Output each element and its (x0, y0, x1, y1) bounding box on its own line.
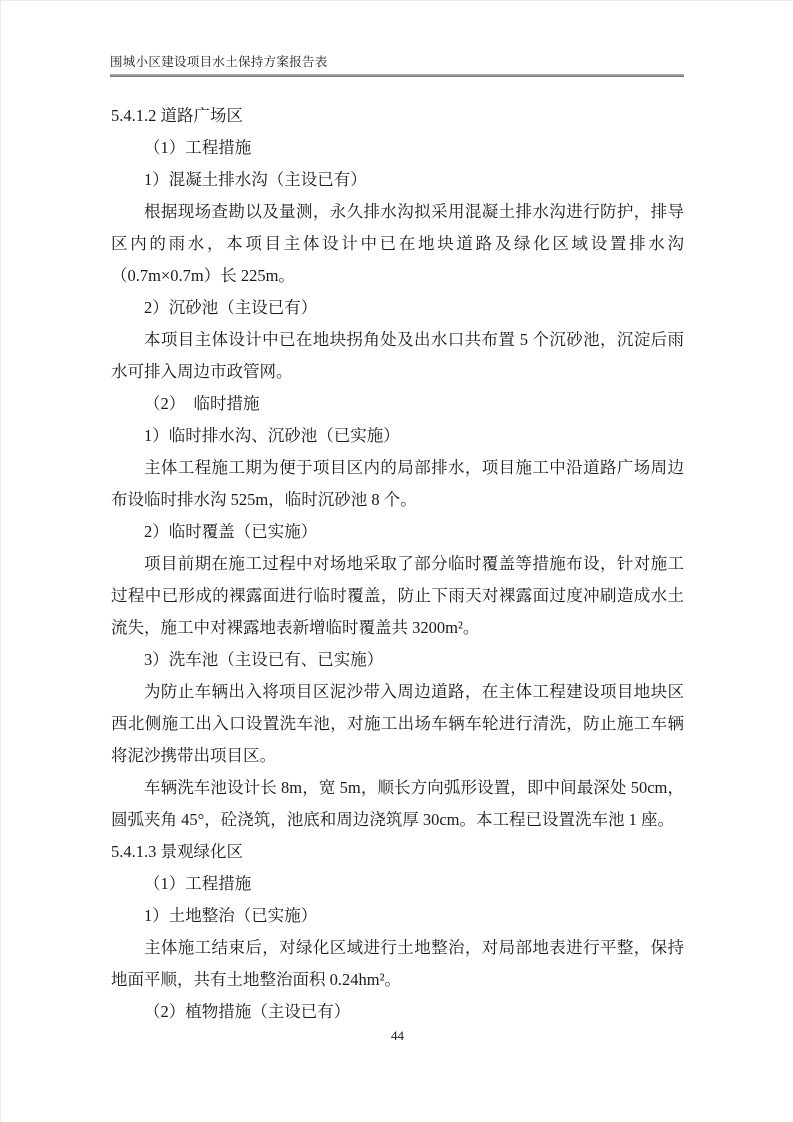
sub-heading: （1）工程措施 (111, 868, 684, 900)
sub-heading: 1）临时排水沟、沉砂池（已实施） (111, 420, 684, 452)
body-paragraph: 主体施工结束后，对绿化区域进行土地整治，对局部地表进行平整，保持地面平顺，共有土… (111, 932, 684, 996)
sub-heading: 1）土地整治（已实施） (111, 900, 684, 932)
body-paragraph: 为防止车辆出入将项目区泥沙带入周边道路，在主体工程建设项目地块区西北侧施工出入口… (111, 676, 684, 772)
sub-heading: （2）植物措施（主设已有） (111, 996, 684, 1028)
page-footer: 44 (111, 1027, 684, 1045)
document-body: 5.4.1.2 道路广场区 （1）工程措施 1）混凝土排水沟（主设已有） 根据现… (111, 100, 684, 1028)
body-paragraph: 本项目主体设计中已在地块拐角处及出水口共布置 5 个沉砂池，沉淀后雨水可排入周边… (111, 324, 684, 388)
sub-heading: 3）洗车池（主设已有、已实施） (111, 644, 684, 676)
sub-heading: 2）临时覆盖（已实施） (111, 516, 684, 548)
body-paragraph: 根据现场查勘以及量测，永久排水沟拟采用混凝土排水沟进行防护，排导区内的雨水，本项… (111, 196, 684, 292)
page-header: 围城小区建设项目水土保持方案报告表 (110, 54, 684, 77)
page-number: 44 (391, 1028, 404, 1043)
header-rule (110, 74, 684, 77)
header-title: 围城小区建设项目水土保持方案报告表 (110, 54, 684, 70)
section-heading: 5.4.1.3 景观绿化区 (111, 836, 684, 868)
body-paragraph: 车辆洗车池设计长 8m，宽 5m，顺长方向弧形设置，即中间最深处 50cm，圆弧… (111, 772, 684, 836)
body-paragraph: 项目前期在施工过程中对场地采取了部分临时覆盖等措施布设，针对施工过程中已形成的裸… (111, 548, 684, 644)
sub-heading: （2） 临时措施 (111, 388, 684, 420)
body-paragraph: 主体工程施工期为便于项目区内的局部排水，项目施工中沿道路广场周边布设临时排水沟 … (111, 452, 684, 516)
sub-heading: （1）工程措施 (111, 132, 684, 164)
sub-heading: 1）混凝土排水沟（主设已有） (111, 164, 684, 196)
document-page: 围城小区建设项目水土保持方案报告表 5.4.1.2 道路广场区 （1）工程措施 … (0, 0, 793, 1122)
section-heading: 5.4.1.2 道路广场区 (111, 100, 684, 132)
sub-heading: 2）沉砂池（主设已有） (111, 292, 684, 324)
